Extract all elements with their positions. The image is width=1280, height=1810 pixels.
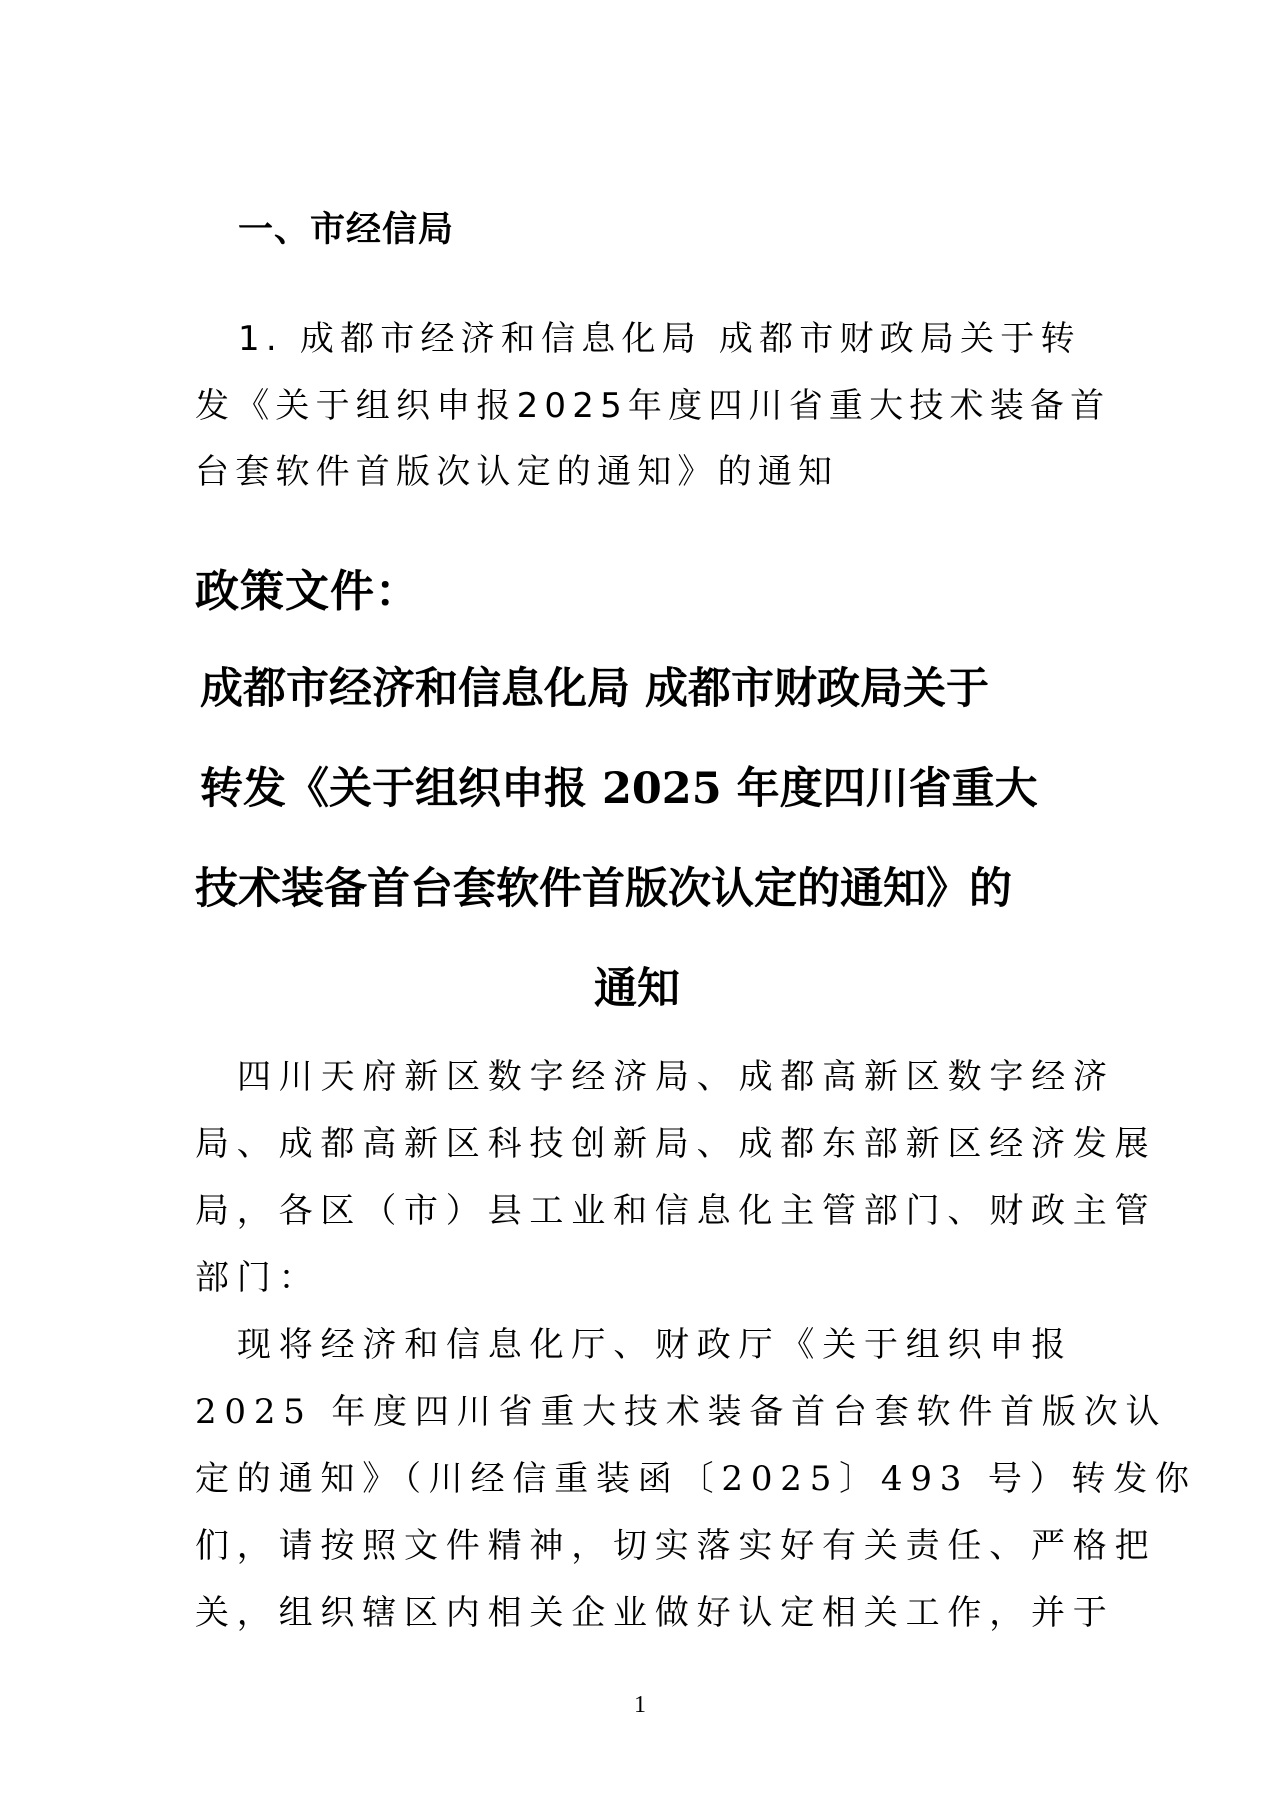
policy-label: 政策文件： xyxy=(195,570,420,614)
item-title-line-3: 台套软件首版次认定的通知》的通知 xyxy=(195,455,838,489)
document-title-line-3: 技术装备首台套软件首版次认定的通知》的 xyxy=(195,868,1012,911)
body-line-2: 2025 年度四川省重大技术装备首台套软件首版次认 xyxy=(195,1395,1167,1429)
body-line-3: 定的通知》（川经信重装函〔2025〕493 号）转发你 xyxy=(195,1462,1197,1496)
body-line-4: 们，请按照文件精神，切实落实好有关责任、严格把 xyxy=(195,1529,1156,1563)
document-title-line-1: 成都市经济和信息化局 成都市财政局关于 xyxy=(200,668,989,711)
addressee-line-1: 四川天府新区数字经济局、成都高新区数字经济 xyxy=(237,1060,1115,1094)
document-page: 一、市经信局 1. 成都市经济和信息化局 成都市财政局关于转 发《关于组织申报2… xyxy=(0,0,1280,1810)
item-title-line-2: 发《关于组织申报2025年度四川省重大技术装备首 xyxy=(195,389,1110,423)
body-line-1: 现将经济和信息化厅、财政厅《关于组织申报 xyxy=(237,1328,1073,1362)
addressee-line-4: 部门： xyxy=(195,1261,320,1295)
addressee-line-3: 局，各区（市）县工业和信息化主管部门、财政主管 xyxy=(195,1194,1156,1228)
item-title-line-1: 1. 成都市经济和信息化局 成都市财政局关于转 xyxy=(238,322,1081,356)
addressee-line-2: 局、成都高新区科技创新局、成都东部新区经济发展 xyxy=(195,1127,1156,1161)
section-heading: 一、市经信局 xyxy=(238,213,454,248)
document-title-line-4: 通知 xyxy=(594,968,680,1011)
document-title-line-2: 转发《关于组织申报 2025 年度四川省重大 xyxy=(200,768,1038,811)
page-number: 1 xyxy=(0,1693,1280,1717)
body-line-5: 关，组织辖区内相关企业做好认定相关工作，并于 xyxy=(195,1596,1115,1630)
